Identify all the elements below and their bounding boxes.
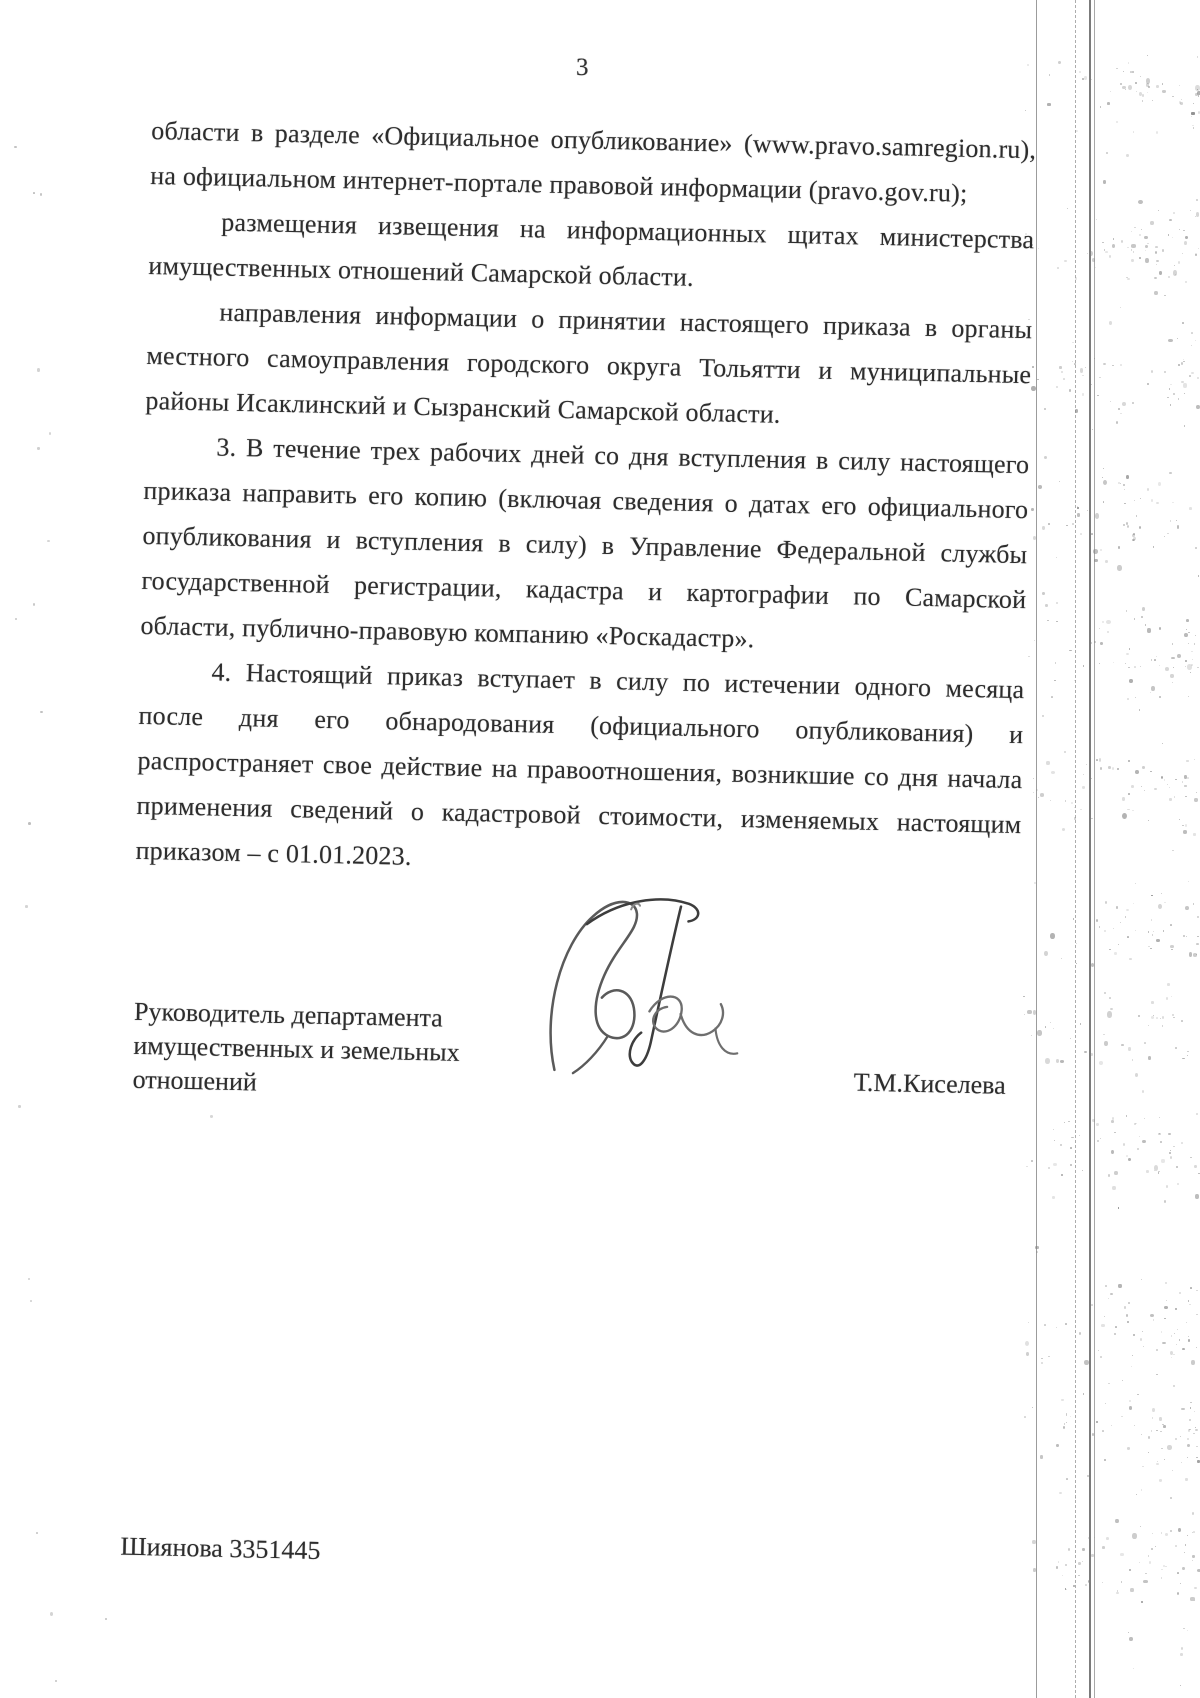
noise-speck: [1151, 499, 1154, 501]
noise-speck: [1110, 91, 1111, 92]
noise-speck: [1177, 525, 1180, 529]
noise-speck: [1114, 1333, 1117, 1335]
noise-speck: [1175, 1438, 1177, 1439]
noise-speck: [1044, 456, 1047, 459]
noise-speck: [1023, 996, 1025, 997]
noise-speck: [1198, 1173, 1200, 1174]
noise-speck: [1156, 1463, 1158, 1465]
noise-speck: [1066, 1413, 1068, 1415]
noise-speck: [1170, 404, 1171, 405]
noise-speck: [1120, 83, 1122, 85]
noise-speck: [1197, 667, 1198, 668]
noise-speck: [1082, 1561, 1083, 1562]
noise-speck: [1171, 657, 1175, 660]
noise-speck: [1134, 227, 1136, 228]
noise-speck: [1040, 793, 1045, 797]
noise-speck: [1134, 1425, 1135, 1426]
noise-speck: [1070, 1147, 1072, 1148]
noise-speck: [1151, 659, 1152, 660]
noise-speck: [1188, 696, 1189, 698]
noise-speck: [1033, 778, 1034, 779]
noise-speck: [1155, 251, 1157, 254]
noise-speck: [1161, 1331, 1163, 1333]
noise-speck: [1137, 1394, 1139, 1395]
noise-speck: [1110, 1008, 1113, 1010]
noise-speck: [1025, 110, 1026, 111]
noise-speck: [1174, 796, 1175, 798]
noise-speck: [1146, 78, 1150, 84]
noise-speck: [1185, 824, 1188, 827]
noise-speck: [1132, 402, 1134, 404]
noise-speck: [1063, 1426, 1066, 1429]
noise-speck: [1141, 229, 1142, 230]
noise-speck: [1198, 248, 1200, 249]
noise-speck: [1129, 648, 1130, 649]
noise-speck: [1135, 930, 1136, 931]
noise-speck: [1194, 1165, 1197, 1169]
noise-speck: [1156, 656, 1157, 657]
noise-speck: [1150, 771, 1151, 772]
signature: [533, 887, 742, 1079]
noise-speck: [1037, 379, 1039, 381]
noise-speck: [1074, 363, 1076, 365]
noise-speck: [1116, 68, 1117, 69]
noise-speck: [1134, 666, 1136, 668]
noise-speck: [1034, 640, 1035, 641]
noise-speck: [1174, 265, 1176, 267]
noise-speck: [1056, 602, 1058, 604]
noise-speck: [1116, 1592, 1118, 1595]
noise-speck: [1127, 278, 1130, 280]
noise-speck: [1048, 1167, 1050, 1169]
noise-speck: [1149, 1561, 1151, 1564]
noise-speck: [1133, 131, 1134, 132]
noise-speck: [1181, 1647, 1184, 1650]
noise-speck: [1065, 1323, 1067, 1325]
noise-speck: [1185, 1544, 1186, 1546]
noise-speck: [1182, 1058, 1185, 1060]
noise-speck: [1175, 779, 1176, 780]
noise-speck: [1172, 682, 1173, 683]
noise-speck: [15, 618, 17, 620]
noise-speck: [1108, 1174, 1110, 1177]
noise-speck: [37, 368, 40, 372]
noise-speck: [1177, 1329, 1178, 1330]
noise-speck: [28, 822, 31, 825]
noise-speck: [1102, 477, 1103, 478]
noise-speck: [1105, 1403, 1106, 1404]
noise-speck: [1024, 1014, 1025, 1015]
noise-speck: [1118, 546, 1120, 549]
noise-speck: [1056, 1327, 1057, 1328]
noise-speck: [1076, 963, 1077, 964]
noise-speck: [1038, 248, 1039, 249]
noise-speck: [1102, 621, 1104, 623]
noise-speck: [1076, 943, 1077, 944]
noise-speck: [1156, 1374, 1157, 1375]
noise-speck: [1158, 1133, 1161, 1135]
noise-speck: [1099, 377, 1101, 378]
noise-speck: [1124, 1306, 1126, 1309]
noise-speck: [1070, 1416, 1071, 1417]
noise-speck: [1131, 785, 1133, 788]
noise-speck: [1115, 1326, 1117, 1328]
noise-speck: [1087, 510, 1088, 511]
noise-speck: [1147, 243, 1149, 244]
noise-speck: [1072, 342, 1074, 344]
noise-speck: [1116, 121, 1118, 124]
noise-speck: [1100, 767, 1102, 770]
noise-speck: [37, 447, 40, 450]
noise-speck: [1061, 958, 1062, 959]
noise-speck: [1122, 797, 1125, 801]
noise-speck: [40, 711, 43, 713]
noise-speck: [1128, 793, 1130, 795]
noise-speck: [1041, 1358, 1042, 1359]
noise-speck: [1118, 1284, 1121, 1287]
noise-speck: [1080, 1023, 1082, 1025]
noise-speck: [1104, 1316, 1105, 1317]
noise-speck: [1147, 488, 1149, 491]
noise-speck: [1145, 245, 1148, 248]
noise-speck: [1086, 764, 1087, 765]
noise-speck: [1032, 1540, 1035, 1544]
noise-speck: [1127, 809, 1129, 811]
noise-speck: [1183, 935, 1185, 937]
noise-speck: [1105, 1285, 1107, 1286]
noise-speck: [1159, 1479, 1162, 1482]
noise-speck: [1118, 1207, 1120, 1209]
noise-speck: [1031, 1035, 1032, 1036]
noise-speck: [1111, 1150, 1114, 1154]
noise-speck: [1142, 1090, 1144, 1093]
noise-speck: [1192, 1555, 1195, 1558]
noise-speck: [1126, 909, 1129, 911]
noise-speck: [1051, 771, 1055, 774]
noise-speck: [1103, 363, 1106, 365]
noise-speck: [1126, 1155, 1128, 1157]
noise-speck: [1152, 934, 1153, 936]
noise-speck: [1142, 1331, 1143, 1332]
noise-speck: [1092, 1119, 1095, 1122]
noise-speck: [1127, 247, 1129, 249]
noise-speck: [1194, 1411, 1195, 1412]
noise-speck: [1188, 1339, 1190, 1341]
noise-speck: [1184, 1552, 1186, 1554]
noise-speck: [1148, 1436, 1150, 1439]
noise-speck: [1143, 1580, 1147, 1583]
noise-speck: [1056, 557, 1057, 558]
noise-speck: [1195, 1429, 1198, 1431]
noise-speck: [1129, 1406, 1132, 1410]
noise-speck: [1078, 1575, 1079, 1576]
noise-speck: [1187, 664, 1192, 670]
noise-speck: [1158, 1172, 1159, 1173]
document-content: области в разделе «Официальное опубликов…: [118, 100, 1037, 1698]
noise-speck: [1192, 659, 1194, 660]
noise-speck: [1173, 667, 1175, 668]
noise-speck: [1127, 1321, 1129, 1323]
noise-speck: [1053, 1129, 1054, 1130]
noise-speck: [1191, 372, 1194, 375]
noise-speck: [1145, 1573, 1147, 1575]
noise-speck: [1156, 260, 1159, 263]
noise-speck: [1172, 237, 1173, 238]
noise-speck: [1109, 255, 1111, 258]
noise-speck: [1091, 1554, 1093, 1557]
noise-speck: [1128, 62, 1130, 64]
noise-speck: [1147, 92, 1148, 93]
noise-speck: [1196, 405, 1200, 410]
noise-speck: [1089, 1537, 1091, 1540]
paragraph: 4. Настоящий приказ вступает в силу по и…: [135, 648, 1025, 892]
noise-speck: [1074, 817, 1076, 819]
noise-speck: [1071, 802, 1073, 804]
noise-speck: [1151, 686, 1155, 691]
noise-speck: [1197, 377, 1199, 378]
noise-speck: [1155, 246, 1158, 248]
noise-speck: [1156, 264, 1158, 266]
noise-speck: [1173, 212, 1175, 214]
noise-speck: [1046, 761, 1050, 765]
noise-speck: [1159, 271, 1162, 274]
noise-speck: [1075, 1497, 1077, 1499]
noise-speck: [1135, 770, 1139, 774]
noise-speck: [1126, 522, 1128, 525]
noise-speck: [1036, 1251, 1038, 1253]
paragraph: направления информации о принятии настоя…: [145, 288, 1033, 442]
noise-speck: [1129, 679, 1133, 683]
noise-speck: [1116, 906, 1118, 908]
noise-speck: [1120, 413, 1121, 414]
noise-speck: [1103, 180, 1106, 184]
noise-speck: [1033, 1568, 1036, 1571]
noise-speck: [1136, 1494, 1137, 1495]
noise-speck: [1150, 692, 1151, 693]
noise-speck: [1191, 116, 1192, 118]
noise-speck: [1172, 1470, 1173, 1471]
noise-speck: [1044, 951, 1048, 956]
noise-speck: [1056, 1566, 1058, 1568]
noise-speck: [1183, 383, 1187, 388]
paragraph: 3. В течение трех рабочих дней со дня вс…: [140, 423, 1030, 667]
noise-speck: [1159, 696, 1161, 698]
noise-speck: [1180, 1436, 1181, 1437]
noise-speck: [1186, 760, 1188, 761]
noise-speck: [1066, 1478, 1068, 1480]
noise-speck: [1109, 321, 1112, 325]
noise-speck: [1184, 241, 1187, 245]
noise-speck: [1161, 893, 1162, 894]
noise-speck: [1154, 788, 1156, 790]
noise-speck: [1156, 85, 1159, 88]
noise-speck: [1196, 1457, 1198, 1458]
noise-speck: [1048, 523, 1050, 525]
noise-speck: [1134, 1123, 1136, 1124]
noise-speck: [1136, 515, 1137, 516]
noise-speck: [1180, 1685, 1181, 1686]
noise-speck: [1147, 628, 1151, 633]
noise-speck: [1113, 928, 1114, 929]
noise-speck: [1172, 502, 1173, 503]
noise-speck: [1148, 820, 1149, 821]
noise-speck: [1193, 1531, 1195, 1533]
noise-speck: [1195, 1194, 1199, 1198]
noise-speck: [1132, 71, 1134, 73]
noise-speck: [1087, 1475, 1088, 1476]
noise-speck: [1112, 365, 1114, 366]
noise-speck: [1148, 946, 1149, 947]
noise-speck: [1084, 1360, 1089, 1365]
noise-speck: [1163, 1425, 1166, 1428]
noise-speck: [1196, 943, 1200, 945]
noise-speck: [1159, 627, 1161, 630]
noise-speck: [1050, 1022, 1051, 1023]
noise-speck: [1096, 1123, 1099, 1126]
noise-speck: [1159, 665, 1160, 666]
noise-speck: [1197, 56, 1198, 58]
noise-speck: [1161, 1532, 1162, 1533]
noise-speck: [1170, 1156, 1173, 1159]
noise-speck: [1139, 526, 1142, 530]
noise-speck: [1109, 997, 1111, 999]
noise-speck: [1191, 651, 1192, 653]
noise-speck: [1126, 277, 1127, 278]
noise-speck: [1138, 200, 1143, 204]
noise-speck: [1127, 1447, 1130, 1450]
noise-speck: [1078, 1562, 1081, 1566]
noise-speck: [1049, 74, 1050, 76]
noise-speck: [1151, 1548, 1153, 1550]
noise-speck: [1037, 1030, 1042, 1035]
noise-speck: [1126, 154, 1129, 157]
noise-speck: [1189, 375, 1191, 377]
noise-speck: [1107, 631, 1109, 634]
noise-speck: [1177, 1592, 1180, 1596]
noise-speck: [1181, 362, 1184, 365]
noise-speck: [1130, 1588, 1133, 1592]
noise-speck: [1024, 1416, 1026, 1418]
noise-speck: [1129, 958, 1132, 960]
noise-speck: [1106, 152, 1108, 153]
noise-speck: [1123, 1143, 1126, 1146]
noise-speck: [1100, 1356, 1102, 1358]
noise-speck: [1170, 924, 1172, 926]
noise-speck: [1173, 1146, 1174, 1148]
noise-speck: [1066, 525, 1068, 526]
noise-speck: [1187, 1457, 1188, 1458]
noise-speck: [33, 603, 35, 606]
noise-speck: [1151, 919, 1153, 920]
noise-speck: [1045, 1058, 1050, 1064]
noise-speck: [1142, 766, 1145, 769]
noise-speck: [1151, 895, 1153, 896]
noise-speck: [1193, 1433, 1194, 1434]
signature-title: Руководитель департамента имущественных …: [132, 995, 554, 1106]
noise-speck: [1061, 1174, 1063, 1175]
noise-speck: [1140, 666, 1141, 667]
noise-speck: [1026, 1166, 1027, 1167]
noise-speck: [1186, 936, 1187, 937]
noise-speck: [1169, 472, 1171, 474]
noise-speck: [1140, 76, 1141, 77]
noise-speck: [1156, 939, 1159, 942]
noise-speck: [40, 193, 42, 196]
noise-speck: [1034, 882, 1036, 885]
noise-speck: [1064, 260, 1066, 262]
noise-speck: [1054, 680, 1056, 681]
noise-speck: [1189, 952, 1192, 957]
noise-speck: [1161, 1569, 1163, 1571]
noise-speck: [1085, 367, 1087, 368]
noise-speck: [1171, 1357, 1172, 1358]
noise-speck: [1126, 1115, 1127, 1117]
noise-speck: [1042, 592, 1045, 595]
noise-speck: [1120, 483, 1121, 484]
noise-speck: [1082, 375, 1083, 377]
noise-speck: [1148, 1555, 1149, 1556]
noise-speck: [1061, 1399, 1064, 1401]
noise-speck: [1132, 1059, 1133, 1060]
noise-speck: [1162, 83, 1164, 85]
noise-speck: [1165, 667, 1170, 671]
noise-speck: [1196, 1446, 1198, 1447]
noise-speck: [1139, 1136, 1140, 1137]
noise-speck: [1127, 698, 1129, 700]
noise-speck: [1184, 633, 1188, 637]
noise-speck: [1127, 936, 1129, 938]
noise-speck: [1183, 361, 1184, 362]
noise-speck: [1129, 1569, 1131, 1571]
noise-speck: [1050, 933, 1055, 939]
noise-speck: [1056, 386, 1058, 388]
noise-speck: [1156, 1017, 1158, 1019]
noise-speck: [1156, 1430, 1158, 1431]
noise-speck: [1160, 1018, 1161, 1019]
noise-speck: [1173, 1385, 1175, 1387]
noise-speck: [1120, 1553, 1124, 1556]
noise-speck: [1100, 642, 1103, 645]
noise-speck: [1082, 78, 1084, 80]
noise-speck: [28, 1278, 30, 1280]
noise-speck: [1103, 501, 1105, 503]
noise-speck: [1141, 616, 1143, 618]
noise-speck: [1170, 1150, 1171, 1151]
noise-speck: [1113, 662, 1114, 663]
noise-speck: [1164, 1200, 1166, 1203]
noise-speck: [1064, 1122, 1065, 1123]
noise-speck: [1083, 1393, 1084, 1395]
noise-speck: [1185, 281, 1187, 283]
noise-speck: [1113, 238, 1114, 240]
noise-speck: [1152, 100, 1153, 101]
noise-speck: [1167, 533, 1168, 535]
noise-speck: [1070, 1164, 1072, 1166]
noise-speck: [1053, 1163, 1057, 1166]
noise-speck: [1187, 1535, 1188, 1536]
noise-speck: [1190, 1157, 1191, 1158]
noise-speck: [1176, 1344, 1177, 1345]
noise-speck: [1073, 1585, 1074, 1586]
noise-speck: [1162, 743, 1164, 744]
noise-speck: [1096, 759, 1099, 761]
noise-speck: [1181, 1020, 1183, 1022]
noise-speck: [1050, 800, 1051, 801]
noise-speck: [1062, 1575, 1063, 1576]
noise-speck: [1193, 103, 1194, 104]
noise-speck: [1133, 903, 1134, 904]
noise-speck: [1134, 618, 1135, 619]
